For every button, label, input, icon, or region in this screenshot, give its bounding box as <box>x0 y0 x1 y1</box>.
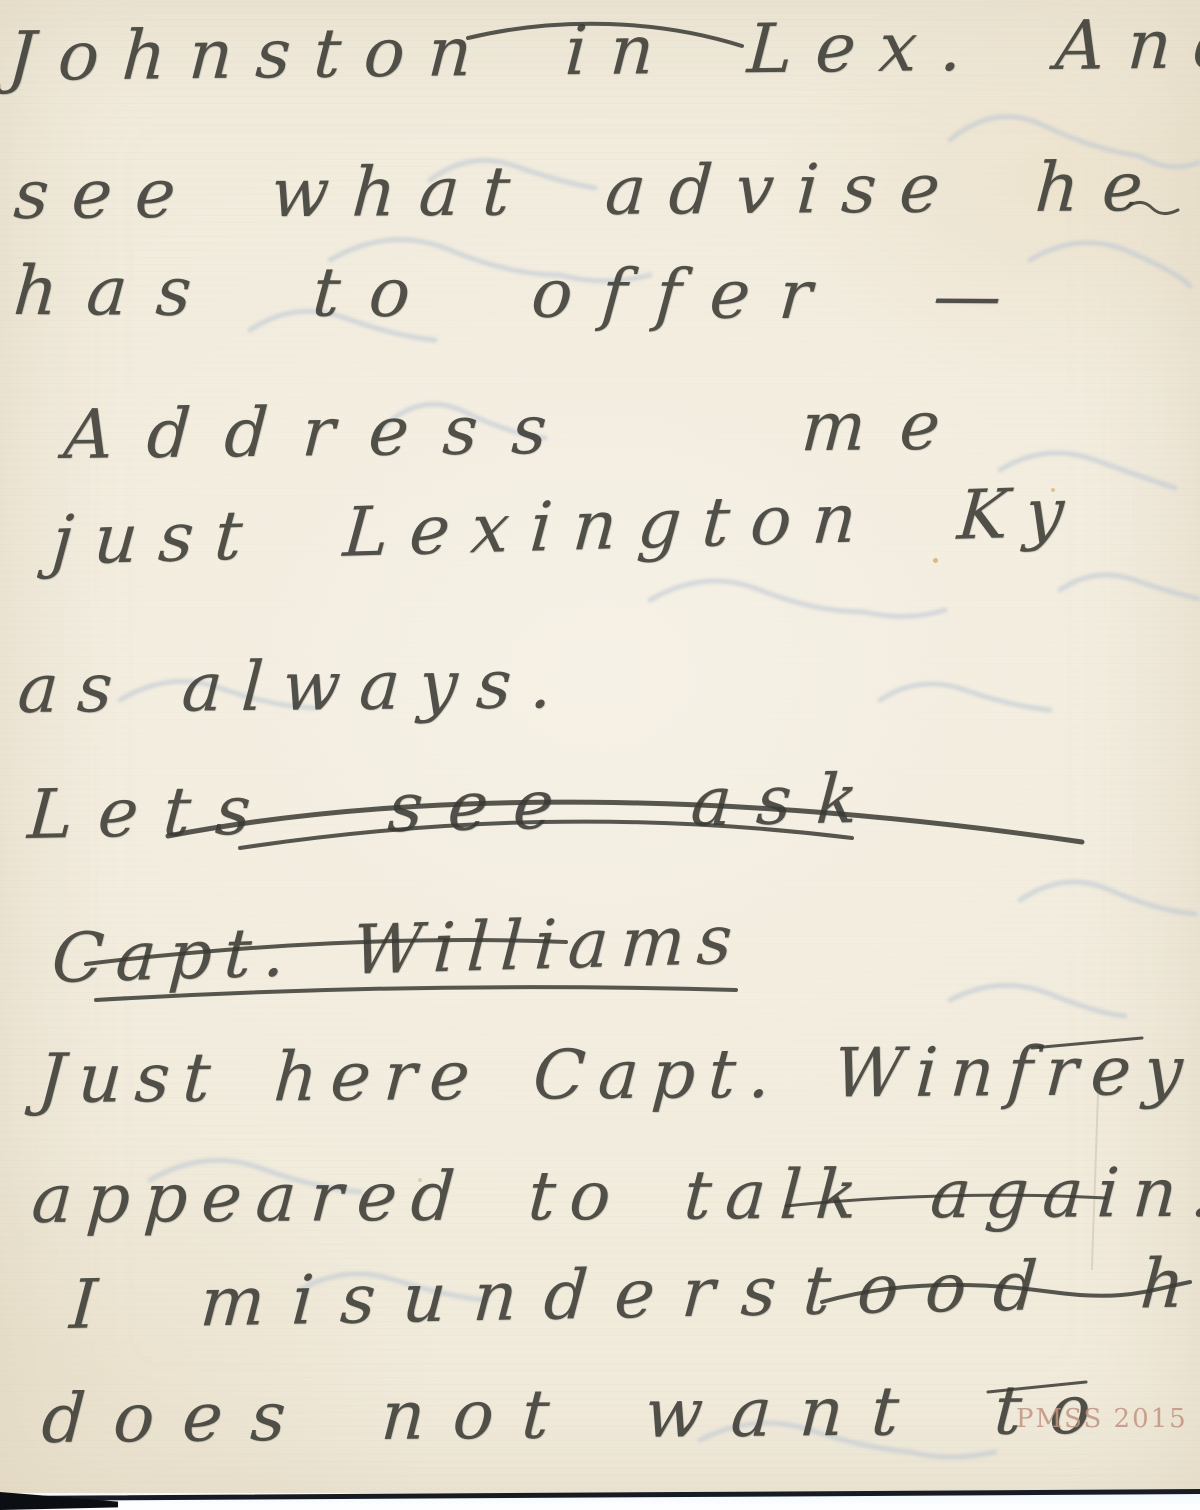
handwritten-line-6: as always. <box>16 645 574 729</box>
handwritten-line-7: Lets see ask <box>25 760 885 856</box>
handwritten-line-10: appeared to talk again. <box>29 1154 1200 1239</box>
line-7-struck-text: see ask <box>385 760 885 849</box>
handwritten-line-3: has to offer — <box>11 252 1033 336</box>
paper-speck <box>1051 488 1055 492</box>
letter-page: Johnston in Lex. And see what advise he … <box>0 0 1200 1497</box>
paper-speck <box>418 1178 422 1182</box>
handwritten-line-4: Address me <box>62 386 977 475</box>
archive-watermark: PMSS 2015 <box>1016 1404 1188 1434</box>
line-7-text: Lets <box>25 769 391 855</box>
handwritten-line-2: see what advise he - <box>12 147 1200 235</box>
paper-speck <box>933 558 938 563</box>
handwritten-line-9: Just here Capt. Winfrey <box>36 1032 1198 1119</box>
handwritten-line-1: Johnston in Lex. And <box>6 5 1200 97</box>
handwritten-line-12: does not want to <box>40 1371 1121 1459</box>
